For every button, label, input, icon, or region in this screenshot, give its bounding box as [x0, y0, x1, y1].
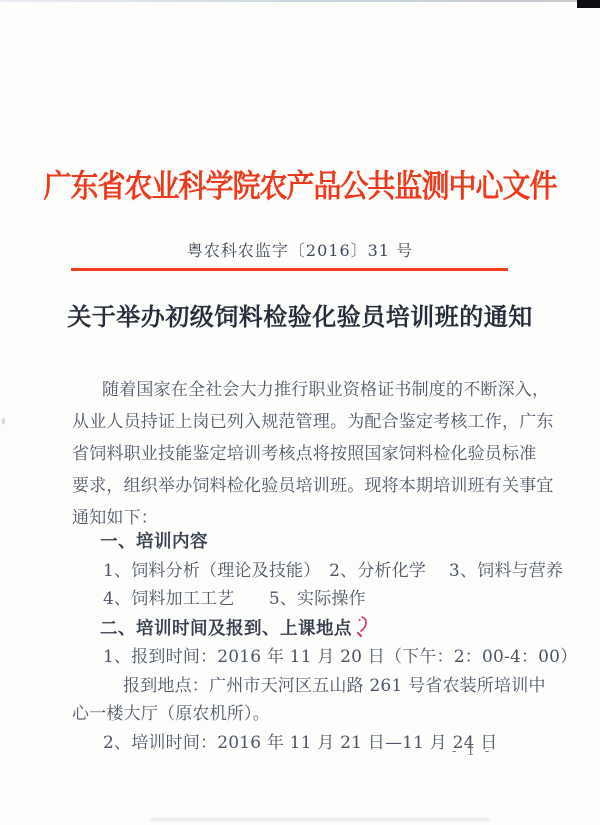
issuing-org-header: 广东省农业科学院农产品公共监测中心文件	[0, 162, 600, 207]
list-line: 心一楼大厅（原农机所）。	[72, 700, 542, 729]
sections: 一、培训内容 1、饲料分析（理论及技能） 2、分析化学 3、饲料与营养 4、饲料…	[72, 528, 542, 757]
red-separator-line	[71, 268, 508, 271]
page-number: - 1 -	[452, 744, 492, 759]
scan-smudge-artifact	[150, 818, 490, 821]
intro-paragraph: 随着国家在全社会大力推行职业资格证书制度的不断深入， 从业人员持证上岗已列入规范…	[72, 374, 542, 534]
scan-corner-artifact	[577, 0, 600, 8]
paragraph-line: 要求，组织举办饲料检化验员培训班。现将本期培训班有关事宜	[72, 470, 542, 502]
list-line: 报到地点：广州市天河区五山路 261 号省农装所培训中	[72, 672, 542, 701]
section2-heading: 二、培训时间及报到、上课地点	[72, 614, 542, 644]
paragraph-line: 从业人员持证上岗已列入规范管理。为配合鉴定考核工作，广东	[72, 406, 542, 438]
scanned-document-page: 广东省农业科学院农产品公共监测中心文件 粤农科农监字〔2016〕31 号 关于举…	[0, 0, 600, 825]
scan-edge-artifact	[0, 0, 600, 2]
paragraph-line: 省饲料职业技能鉴定培训考核点将按照国家饲料检化验员标准	[72, 438, 542, 470]
list-line: 1、饲料分析（理论及技能） 2、分析化学 3、饲料与营养	[72, 557, 542, 586]
paragraph-line: 随着国家在全社会大力推行职业资格证书制度的不断深入，	[72, 374, 542, 406]
doc-number: 粤农科农监字〔2016〕31 号	[0, 238, 600, 261]
section1-heading: 一、培训内容	[72, 528, 542, 557]
list-line: 1、报到时间：2016 年 11 月 20 日（下午：2：00-4：00）	[72, 643, 542, 672]
section2-heading-label: 二、培训时间及报到、上课地点	[100, 619, 352, 639]
handwritten-scribble-icon	[355, 614, 372, 640]
list-line: 4、饲料加工工艺 5、实际操作	[72, 585, 542, 614]
scan-speck-artifact	[2, 418, 5, 424]
document-title: 关于举办初级饲料检验化验员培训班的通知	[0, 297, 600, 332]
